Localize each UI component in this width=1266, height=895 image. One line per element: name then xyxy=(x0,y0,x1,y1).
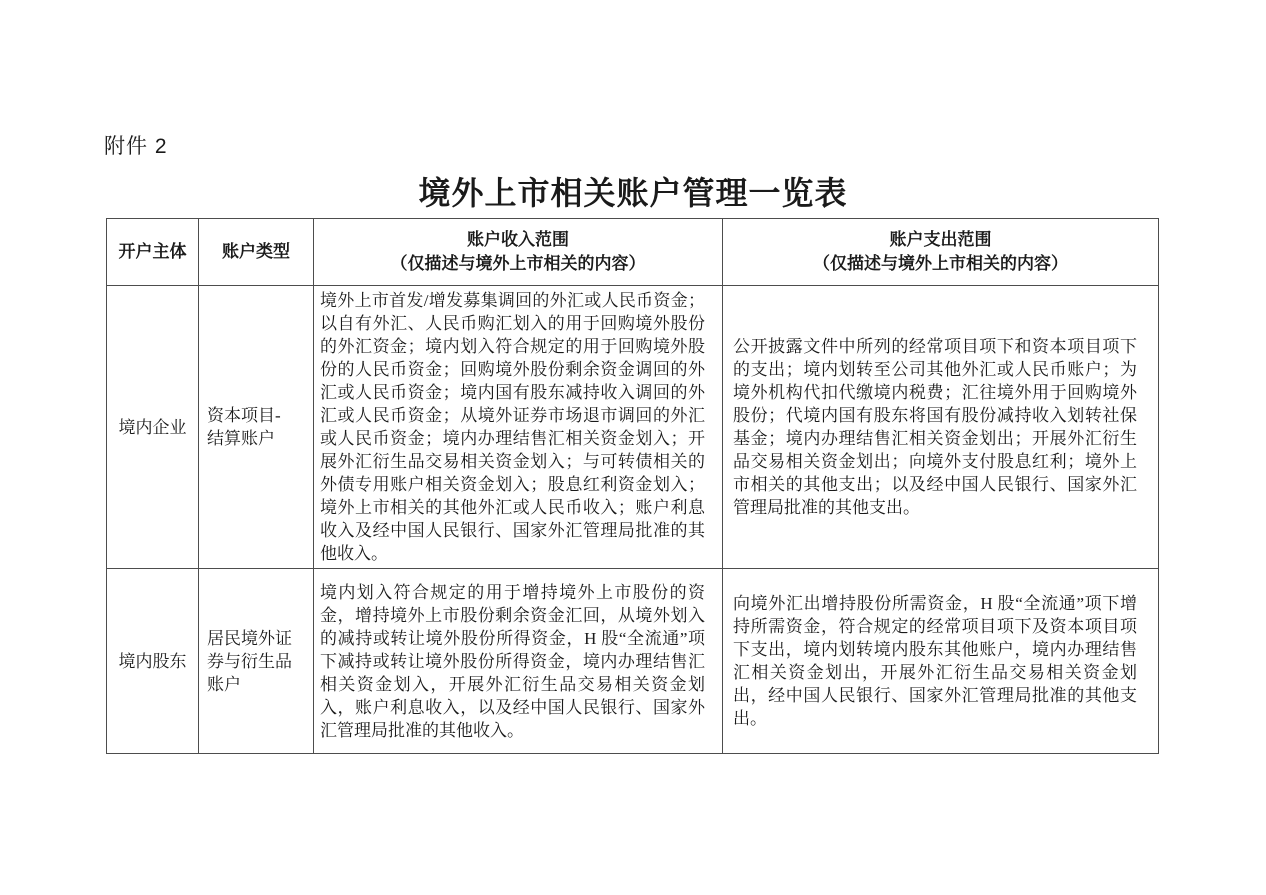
cell-subject: 境内企业 xyxy=(107,286,199,569)
cell-income-scope: 境内划入符合规定的用于增持境外上市股份的资金，增持境外上市股份剩余资金汇回，从境… xyxy=(314,569,723,754)
header-expense-scope: 账户支出范围 （仅描述与境外上市相关的内容） xyxy=(723,219,1159,286)
cell-expense-scope: 公开披露文件中所列的经常项目项下和资本项目项下的支出；境内划转至公司其他外汇或人… xyxy=(723,286,1159,569)
table-row-domestic-enterprise: 境内企业 资本项目-结算账户 境外上市首发/增发募集调回的外汇或人民币资金；以自… xyxy=(107,286,1159,569)
table-row-domestic-shareholder: 境内股东 居民境外证券与衍生品账户 境内划入符合规定的用于增持境外上市股份的资金… xyxy=(107,569,1159,754)
cell-subject: 境内股东 xyxy=(107,569,199,754)
header-income-scope: 账户收入范围 （仅描述与境外上市相关的内容） xyxy=(314,219,723,286)
cell-income-scope: 境外上市首发/增发募集调回的外汇或人民币资金；以自有外汇、人民币购汇划入的用于回… xyxy=(314,286,723,569)
document-page: 附件 2 境外上市相关账户管理一览表 开户主体 账户类型 账户收入范围 （仅描述… xyxy=(0,0,1266,895)
page-title: 境外上市相关账户管理一览表 xyxy=(0,168,1266,214)
table-header-row: 开户主体 账户类型 账户收入范围 （仅描述与境外上市相关的内容） 账户支出范围 … xyxy=(107,219,1159,286)
cell-account-type: 居民境外证券与衍生品账户 xyxy=(199,569,314,754)
cell-expense-scope: 向境外汇出增持股份所需资金，H 股“全流通”项下增持所需资金，符合规定的经常项目… xyxy=(723,569,1159,754)
cell-account-type: 资本项目-结算账户 xyxy=(199,286,314,569)
attachment-label: 附件 2 xyxy=(104,130,168,160)
header-subject: 开户主体 xyxy=(107,219,199,286)
account-management-table: 开户主体 账户类型 账户收入范围 （仅描述与境外上市相关的内容） 账户支出范围 … xyxy=(106,218,1159,754)
header-account-type: 账户类型 xyxy=(199,219,314,286)
